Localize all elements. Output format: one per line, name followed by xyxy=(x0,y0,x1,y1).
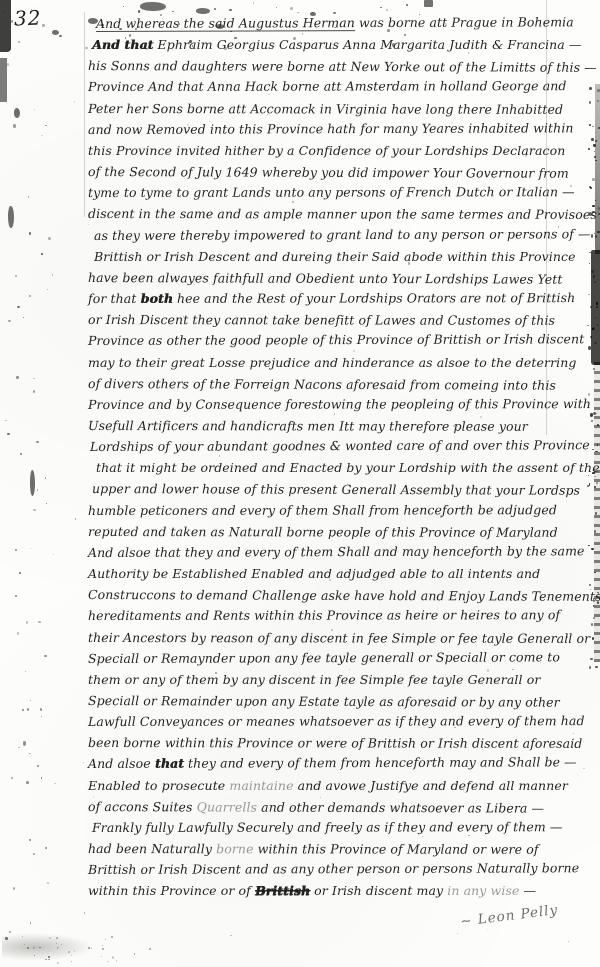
text-line: this Province invited hither by a Confid… xyxy=(88,140,568,161)
text-line: And alsoe that they and every of them fr… xyxy=(88,752,568,775)
text-line: And whereas the said Augustus Herman was… xyxy=(96,11,568,34)
manuscript-lines: And whereas the said Augustus Herman was… xyxy=(88,13,568,902)
text-line: discent in the same and as ample manner … xyxy=(88,203,568,225)
text-line: Lordships of your abundant goodnes & won… xyxy=(90,434,568,457)
text-line: upper and lower house of this present Ge… xyxy=(92,478,568,501)
right-edge-shadow xyxy=(591,250,600,365)
text-line: Peter her Sons borne att Accomack in Vir… xyxy=(88,98,568,120)
text-line: have been alwayes faithfull and Obedient… xyxy=(88,267,568,290)
bottom-smudge-artifact xyxy=(2,933,94,961)
text-line: of accons Suites Quarrells and other dem… xyxy=(88,796,568,819)
text-line: tyme to tyme to grant Lands unto any per… xyxy=(88,181,568,203)
text-line: Frankly fully Lawfully Securely and free… xyxy=(92,816,568,838)
text-line: within this Province or of Brittish or I… xyxy=(88,880,568,901)
clerk-signature: ~ Leon Pelly xyxy=(459,902,559,930)
right-edge-shadow xyxy=(594,362,600,662)
page-number: 32 xyxy=(14,6,42,31)
text-line: as they were thereby impowered to grant … xyxy=(94,223,568,246)
text-line: for that both hee and the Rest of your L… xyxy=(88,287,568,309)
text-line: Enabled to prosecute maintaine and avowe… xyxy=(88,775,568,796)
text-line: may to their great Losse prejudice and h… xyxy=(88,352,568,373)
text-line: And that Ephraim Georgius Casparus Anna … xyxy=(92,34,568,55)
text-line: their Ancestors by reason of any discent… xyxy=(88,627,568,649)
text-line: And alsoe that they and every of them Sh… xyxy=(88,540,568,563)
text-line: Speciall or Remaynder upon any fee tayle… xyxy=(88,646,568,669)
text-line: and now Removed into this Province hath … xyxy=(88,117,568,140)
text-line: them or any of them by any discent in fe… xyxy=(88,669,568,690)
text-line: Authority be Established Enabled and adj… xyxy=(88,563,568,584)
text-line: reputed and taken as Naturall borne peop… xyxy=(88,521,568,543)
text-line: Brittish or Irish Descent and dureing th… xyxy=(94,246,568,267)
right-edge-shadow xyxy=(595,84,600,254)
text-line: that it might be ordeined and Enacted by… xyxy=(96,457,568,478)
text-line: Province as other the good people of thi… xyxy=(88,329,568,352)
manuscript-page: 32 And whereas the said Augustus Herman … xyxy=(0,0,600,967)
text-line: Province And that Anna Hack borne att Am… xyxy=(88,76,568,98)
text-line: hereditaments and Rents within this Prov… xyxy=(88,605,568,627)
top-edge-mark-artifact xyxy=(424,0,433,7)
text-line: humble peticoners and every of them Shal… xyxy=(88,499,568,521)
text-line: of divers others of the Forreign Nacons … xyxy=(88,373,568,396)
text-line: Lawfull Conveyances or meanes whatsoever… xyxy=(88,710,568,732)
left-edge-shadow xyxy=(0,58,7,102)
text-line: Brittish or Irish Discent and as any oth… xyxy=(88,858,568,881)
margin-rule-artifact xyxy=(84,12,85,217)
left-edge-shadow xyxy=(0,0,11,52)
text-line: Province and by Consequence forestowing … xyxy=(88,393,568,415)
